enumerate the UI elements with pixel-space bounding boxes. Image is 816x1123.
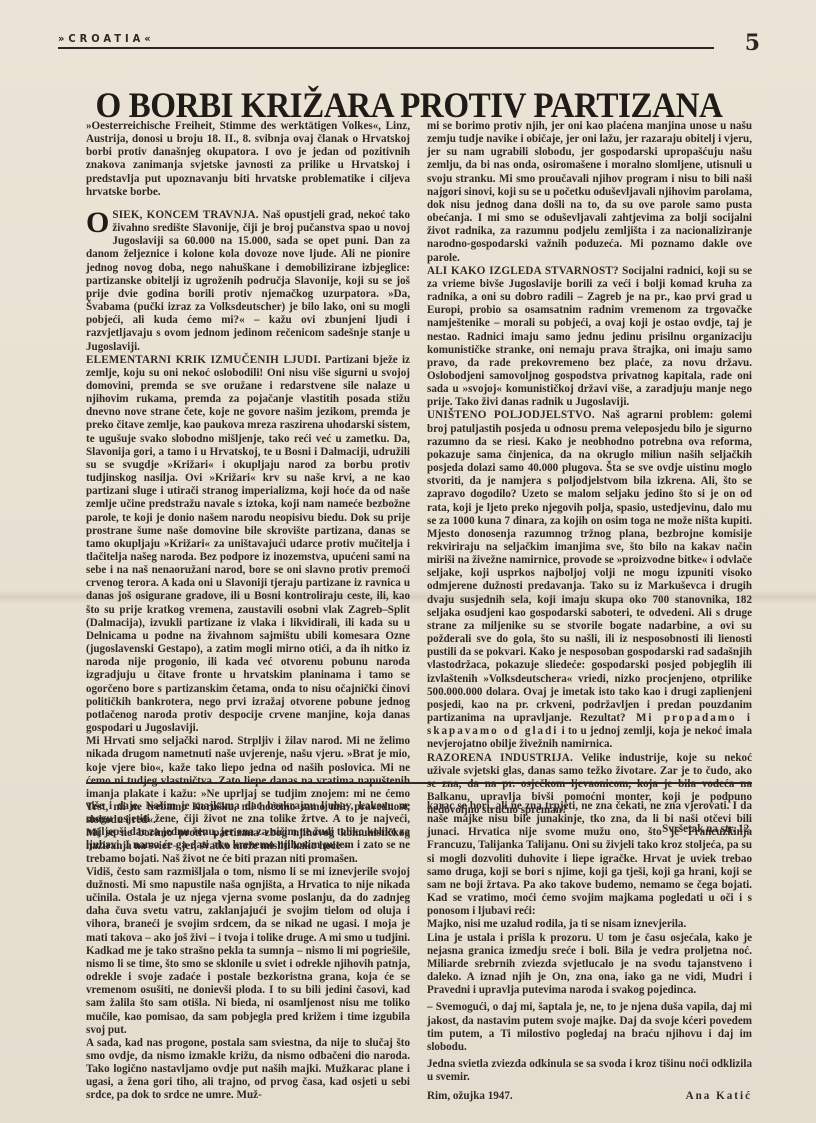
story-paragraph: Jedna svietla zviezda odkinula se sa svo… xyxy=(427,1058,752,1084)
story-paragraph: Lina je ustala i prišla k prozoru. U tom… xyxy=(427,932,752,998)
drop-cap: O xyxy=(86,210,109,236)
magazine-page: »CROATIA« 5 O BORBI KRIŽARA PROTIV PARTI… xyxy=(0,0,816,1123)
story-column-right: karac se bori, ali ne zna trpjeti, ne zn… xyxy=(427,800,752,1103)
article-column-right: mi se borimo protiv njih, jer oni kao pl… xyxy=(427,120,752,836)
place-date: Rim, ožujka 1947. xyxy=(427,1090,513,1103)
story-paragraph: karac se bori, ali ne zna trpjeti, ne zn… xyxy=(427,800,752,918)
author-name: Ana Katić xyxy=(686,1090,752,1103)
story-paragraph: – Svemogući, o daj mi, šaptala je, ne, t… xyxy=(427,1001,752,1054)
article-column-left: »Oesterreichische Freiheit, Stimme des w… xyxy=(86,120,410,854)
story-paragraph: A sada, kad nas progone, postala sam svi… xyxy=(86,1037,410,1103)
paragraph-poljodjelstvo: UNIŠTENO POLJODJELSTVO. Naš agrarni prob… xyxy=(427,409,752,751)
article-intro: »Oesterreichische Freiheit, Stimme des w… xyxy=(86,120,410,199)
paragraph-heading: SIEK, KONCEM TRAVNJA. xyxy=(112,209,258,221)
publication-name: »CROATIA« xyxy=(58,32,155,45)
page-number: 5 xyxy=(745,30,760,56)
paragraph-heading: ALI KAKO IZGLEDA STVARNOST? xyxy=(427,265,619,277)
paragraph-heading: RAZORENA INDUSTRIJA. xyxy=(427,752,573,764)
story-paragraph: više i daje. Našim je majkama dao bezkra… xyxy=(86,800,410,866)
story-paragraph: Majko, nisi me uzalud rodila, ja ti se n… xyxy=(427,918,752,931)
story-column-left: više i daje. Našim je majkama dao bezkra… xyxy=(86,800,410,1103)
paragraph-stvarnost: ALI KAKO IZGLEDA STVARNOST? Socijalni ra… xyxy=(427,265,752,410)
section-divider xyxy=(86,782,752,784)
paragraph-elementarni-krik: ELEMENTARNI KRIK IZMUČENIH LJUDI. Partiz… xyxy=(86,354,410,736)
header-rule xyxy=(58,47,714,49)
story-paragraph: Vidiš, često sam razmišljala o tom, nism… xyxy=(86,866,410,1037)
paragraph-heading: UNIŠTENO POLJODJELSTVO. xyxy=(427,409,595,421)
running-header: »CROATIA« 5 xyxy=(58,30,760,52)
paragraph-continuation: mi se borimo protiv njih, jer oni kao pl… xyxy=(427,120,752,265)
story-signature: Rim, ožujka 1947. Ana Katić xyxy=(427,1090,752,1103)
paragraph-heading: ELEMENTARNI KRIK IZMUČENIH LJUDI. xyxy=(86,354,321,366)
paragraph-osijek: OSIEK, KONCEM TRAVNJA. Naš opustjeli gra… xyxy=(86,209,410,354)
